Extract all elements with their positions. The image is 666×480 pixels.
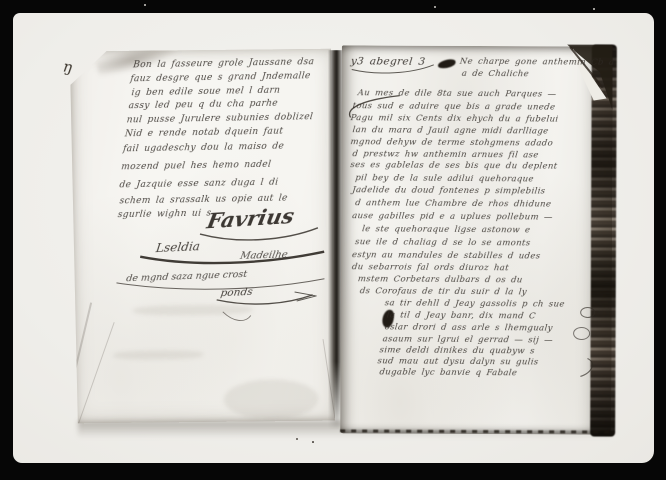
dust-speck [312, 441, 314, 443]
manuscript-line: Bon la fasseure grole Jaussane dsa [133, 57, 315, 70]
manuscript-line: pil bey de la sule adilui quehoraque [355, 173, 535, 184]
manuscript-line: d prestwz hw anthemin arnues fil ase [352, 149, 539, 160]
manuscript-line: sa tir dehll d Jeay gassolis p ch sue [384, 298, 565, 309]
manuscript-line: du sebarrois fal ords diuroz hat [351, 262, 509, 273]
ink-show-through [113, 350, 203, 360]
folded-corner [567, 44, 613, 110]
manuscript-line: ig ben edile soue mel l darn [131, 86, 281, 99]
secondary-signature: Lseldia [155, 239, 201, 255]
bottom-edge-soiling [340, 429, 611, 433]
manuscript-line: Jadelide du doud fontenes p simplebilis [352, 185, 546, 196]
header-date-fragment: y3 abegrel 3 [350, 55, 426, 68]
manuscript-line: assy led peu q du cha parhe [128, 99, 278, 112]
manuscript-line: sime deldi dinikes du quabyw s [379, 345, 535, 356]
manuscript-line: oslar drori d ass arle s lhemgualy [384, 322, 553, 333]
manuscript-line: sue ile d chaliag d se lo se amonts [354, 237, 531, 248]
manuscript-line: Pagu mil six Cents dix ehych du a fubelu… [350, 113, 559, 124]
manuscript-line: Nid e rende notab dquein faut [124, 127, 283, 140]
manuscript-line: dugable lyc banvie q Fabale [379, 367, 518, 378]
manuscript-line: mgnod dehyw de terme stohgmens adado [350, 137, 554, 148]
ink-show-through [133, 304, 253, 315]
dust-speck [593, 8, 595, 10]
manuscript-line: fail ugadeschy dou la maiso de [122, 142, 284, 155]
manuscript-line: fauz desgre que s grand Jndemalle [130, 71, 311, 84]
manuscript-scan-photo: ŋ Bon la fasseure grole Jaussane dsafauz… [0, 0, 666, 480]
closing-word: ponds [220, 286, 254, 299]
notarial-note: de mgnd saza ngue crost [126, 269, 248, 284]
dust-speck [144, 4, 146, 6]
right-page: y3 abegrel 3 Ne charpe gone anthemin Cb … [340, 45, 613, 434]
manuscript-line: de Jazquie esse sanz duga l di [119, 178, 279, 191]
manuscript-line: nul pusse Jurulere subunies doblizel [126, 112, 313, 125]
manuscript-line: mstem Corbetars dulbars d os du [357, 274, 523, 285]
manuscript-line: ause gabilles pid e a uplues pollebum — [352, 211, 554, 222]
header-subline: a de Chaliche [461, 69, 529, 79]
manuscript-line: ses es gablelas de ses bis que du deplen… [350, 160, 558, 171]
dust-speck [434, 6, 436, 8]
left-page: Bon la fasseure grole Jaussane dsafauz d… [70, 49, 335, 424]
manuscript-line: lan du mara d Jauil agne midi darlliage [352, 125, 549, 136]
manuscript-line: asaum sur lgrui el gerrad — sij — [382, 334, 553, 345]
manuscript-line: ds Corofaus de tir du suir d la ly [359, 286, 527, 297]
manuscript-line: sud mau aut dysu dalyn su gulis [377, 356, 539, 367]
manuscript-line: tous sud e aduire que bis a grade unede [352, 101, 556, 112]
manuscript-line: le ste quehoraque ligse astonow e [362, 224, 531, 235]
manuscript-line: Au mes de dile 8ta sue auch Parques — [357, 88, 557, 99]
manuscript-line: mozend puel hes hemo nadel [121, 160, 272, 173]
manuscript-line: la til d Jeay banr, dix mand C [386, 310, 536, 321]
damp-stain [224, 379, 319, 420]
dust-speck [296, 438, 298, 440]
primary-signature: Favrius [205, 203, 296, 233]
ink-blot [437, 58, 456, 69]
header-title-line: Ne charpe gone anthemin Cb a [459, 57, 614, 68]
countersignature: Madeilhe [239, 250, 288, 262]
manuscript-line: d anthem lue Chambre de rhos dhidune [355, 198, 552, 209]
manuscript-line: estyn au mandules de stabilles d udes [351, 250, 541, 261]
manuscript-line: sgurlie wighn ui s [117, 209, 212, 221]
